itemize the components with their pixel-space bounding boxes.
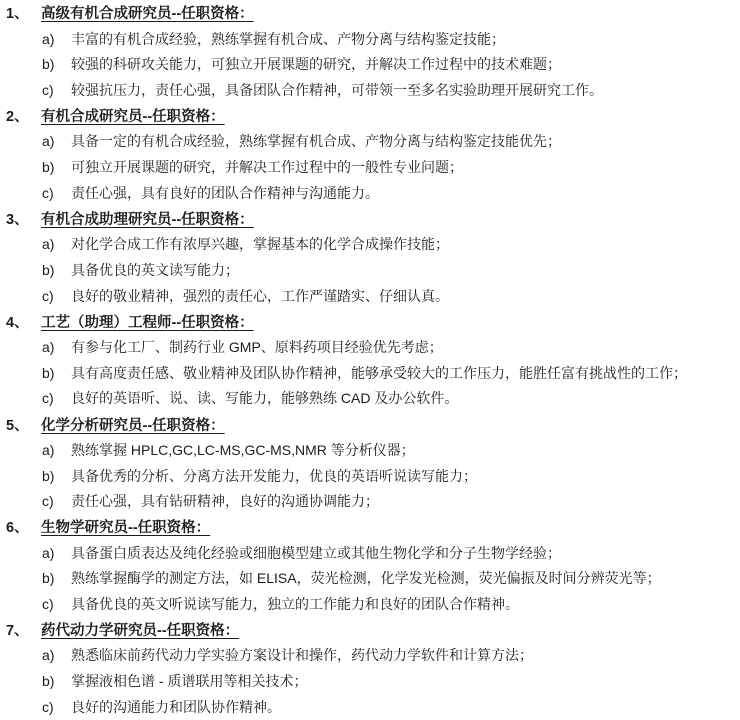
section-number: 1、 [0,2,41,23]
section-title: 有机合成研究员--任职资格： [41,105,225,126]
section-number: 6、 [0,516,41,537]
section-7-header: 7、 药代动力学研究员--任职资格： [0,617,740,643]
section-title: 药代动力学研究员--任职资格： [41,619,239,640]
item-letter: b) [42,262,71,278]
item-text: 可独立开展课题的研究，并解决工作过程中的一般性专业问题； [71,157,740,177]
list-item: c) 良好的沟通能力和团队协作精神。 [0,694,740,720]
item-letter: c) [42,288,71,304]
section-number: 2、 [0,105,41,126]
item-text: 熟练掌握 HPLC,GC,LC-MS,GC-MS,NMR 等分析仪器； [71,440,740,460]
section-number: 7、 [0,619,41,640]
item-text: 具备优秀的分析、分离方法开发能力，优良的英语听说读写能力； [71,466,740,486]
item-text: 较强的科研攻关能力，可独立开展课题的研究，并解决工作过程中的技术难题； [71,54,740,74]
item-letter: a) [42,31,71,47]
item-text: 熟悉临床前药代动力学实验方案设计和操作，药代动力学软件和计算方法； [71,645,740,665]
list-item: b) 掌握液相色谱 - 质谱联用等相关技术； [0,668,740,694]
item-text: 责任心强，具有钻研精神，良好的沟通协调能力； [71,491,740,511]
section-title: 有机合成助理研究员--任职资格： [41,208,254,229]
item-text: 对化学合成工作有浓厚兴趣，掌握基本的化学合成操作技能； [71,234,740,254]
item-text: 有参与化工厂、制药行业 GMP、原料药项目经验优先考虑； [71,337,740,357]
item-letter: b) [42,570,71,586]
section-title: 化学分析研究员--任职资格： [41,414,225,435]
section-1-header: 1、 高级有机合成研究员--任职资格： [0,0,740,26]
list-item: c) 良好的敬业精神，强烈的责任心，工作严谨踏实、仔细认真。 [0,283,740,309]
item-text: 掌握液相色谱 - 质谱联用等相关技术； [71,671,740,691]
section-number: 5、 [0,414,41,435]
section-6-header: 6、 生物学研究员--任职资格： [0,514,740,540]
item-text: 良好的敬业精神，强烈的责任心，工作严谨踏实、仔细认真。 [71,286,740,306]
list-item: a) 熟悉临床前药代动力学实验方案设计和操作，药代动力学软件和计算方法； [0,643,740,669]
item-text: 较强抗压力，责任心强，具备团队合作精神，可带领一至多名实验助理开展研究工作。 [71,80,740,100]
section-title: 高级有机合成研究员--任职资格： [41,2,254,23]
item-letter: b) [42,468,71,484]
list-item: b) 具备优秀的分析、分离方法开发能力，优良的英语听说读写能力； [0,463,740,489]
item-text: 具备优良的英文听说读写能力，独立的工作能力和良好的团队合作精神。 [71,594,740,614]
list-item: b) 可独立开展课题的研究，并解决工作过程中的一般性专业问题； [0,154,740,180]
section-title: 工艺（助理）工程师--任职资格： [41,311,254,332]
item-text: 良好的英语听、说、读、写能力，能够熟练 CAD 及办公软件。 [71,388,740,408]
item-letter: a) [42,442,71,458]
item-letter: c) [42,493,71,509]
item-letter: a) [42,133,71,149]
list-item: b) 具有高度责任感、敬业精神及团队协作精神，能够承受较大的工作压力，能胜任富有… [0,360,740,386]
list-item: c) 具备优良的英文听说读写能力，独立的工作能力和良好的团队合作精神。 [0,591,740,617]
item-letter: a) [42,647,71,663]
section-2-header: 2、 有机合成研究员--任职资格： [0,103,740,129]
item-text: 丰富的有机合成经验，熟练掌握有机合成、产物分离与结构鉴定技能； [71,29,740,49]
item-letter: c) [42,699,71,715]
item-letter: b) [42,673,71,689]
list-item: a) 有参与化工厂、制药行业 GMP、原料药项目经验优先考虑； [0,334,740,360]
item-letter: c) [42,185,71,201]
item-text: 责任心强，具有良好的团队合作精神与沟通能力。 [71,183,740,203]
item-text: 具备蛋白质表达及纯化经验或细胞模型建立或其他生物化学和分子生物学经验； [71,543,740,563]
item-letter: a) [42,236,71,252]
item-letter: c) [42,390,71,406]
item-letter: c) [42,82,71,98]
list-item: c) 良好的英语听、说、读、写能力，能够熟练 CAD 及办公软件。 [0,386,740,412]
list-item: a) 对化学合成工作有浓厚兴趣，掌握基本的化学合成操作技能； [0,231,740,257]
list-item: b) 具备优良的英文读写能力； [0,257,740,283]
list-item: c) 责任心强，具有良好的团队合作精神与沟通能力。 [0,180,740,206]
list-item: a) 具备蛋白质表达及纯化经验或细胞模型建立或其他生物化学和分子生物学经验； [0,540,740,566]
section-3-header: 3、 有机合成助理研究员--任职资格： [0,206,740,232]
list-item: c) 较强抗压力，责任心强，具备团队合作精神，可带领一至多名实验助理开展研究工作… [0,77,740,103]
list-item: c) 责任心强，具有钻研精神，良好的沟通协调能力； [0,488,740,514]
list-item: a) 具备一定的有机合成经验，熟练掌握有机合成、产物分离与结构鉴定技能优先； [0,129,740,155]
item-text: 具备一定的有机合成经验，熟练掌握有机合成、产物分离与结构鉴定技能优先； [71,131,740,151]
item-text: 熟练掌握酶学的测定方法，如 ELISA，荧光检测，化学发光检测，荧光偏振及时间分… [71,568,740,588]
item-letter: a) [42,545,71,561]
item-text: 具有高度责任感、敬业精神及团队协作精神，能够承受较大的工作压力，能胜任富有挑战性… [71,363,740,383]
section-4-header: 4、 工艺（助理）工程师--任职资格： [0,308,740,334]
item-letter: b) [42,159,71,175]
list-item: a) 熟练掌握 HPLC,GC,LC-MS,GC-MS,NMR 等分析仪器； [0,437,740,463]
section-title: 生物学研究员--任职资格： [41,516,210,537]
section-number: 4、 [0,311,41,332]
list-item: b) 熟练掌握酶学的测定方法，如 ELISA，荧光检测，化学发光检测，荧光偏振及… [0,565,740,591]
list-item: a) 丰富的有机合成经验，熟练掌握有机合成、产物分离与结构鉴定技能； [0,26,740,52]
item-text: 良好的沟通能力和团队协作精神。 [71,697,740,717]
item-letter: b) [42,56,71,72]
section-number: 3、 [0,208,41,229]
item-letter: b) [42,365,71,381]
section-5-header: 5、 化学分析研究员--任职资格： [0,411,740,437]
item-letter: c) [42,596,71,612]
list-item: b) 较强的科研攻关能力，可独立开展课题的研究，并解决工作过程中的技术难题； [0,51,740,77]
item-text: 具备优良的英文读写能力； [71,260,740,280]
job-qualifications-document: 1、 高级有机合成研究员--任职资格： a) 丰富的有机合成经验，熟练掌握有机合… [0,0,740,720]
item-letter: a) [42,339,71,355]
